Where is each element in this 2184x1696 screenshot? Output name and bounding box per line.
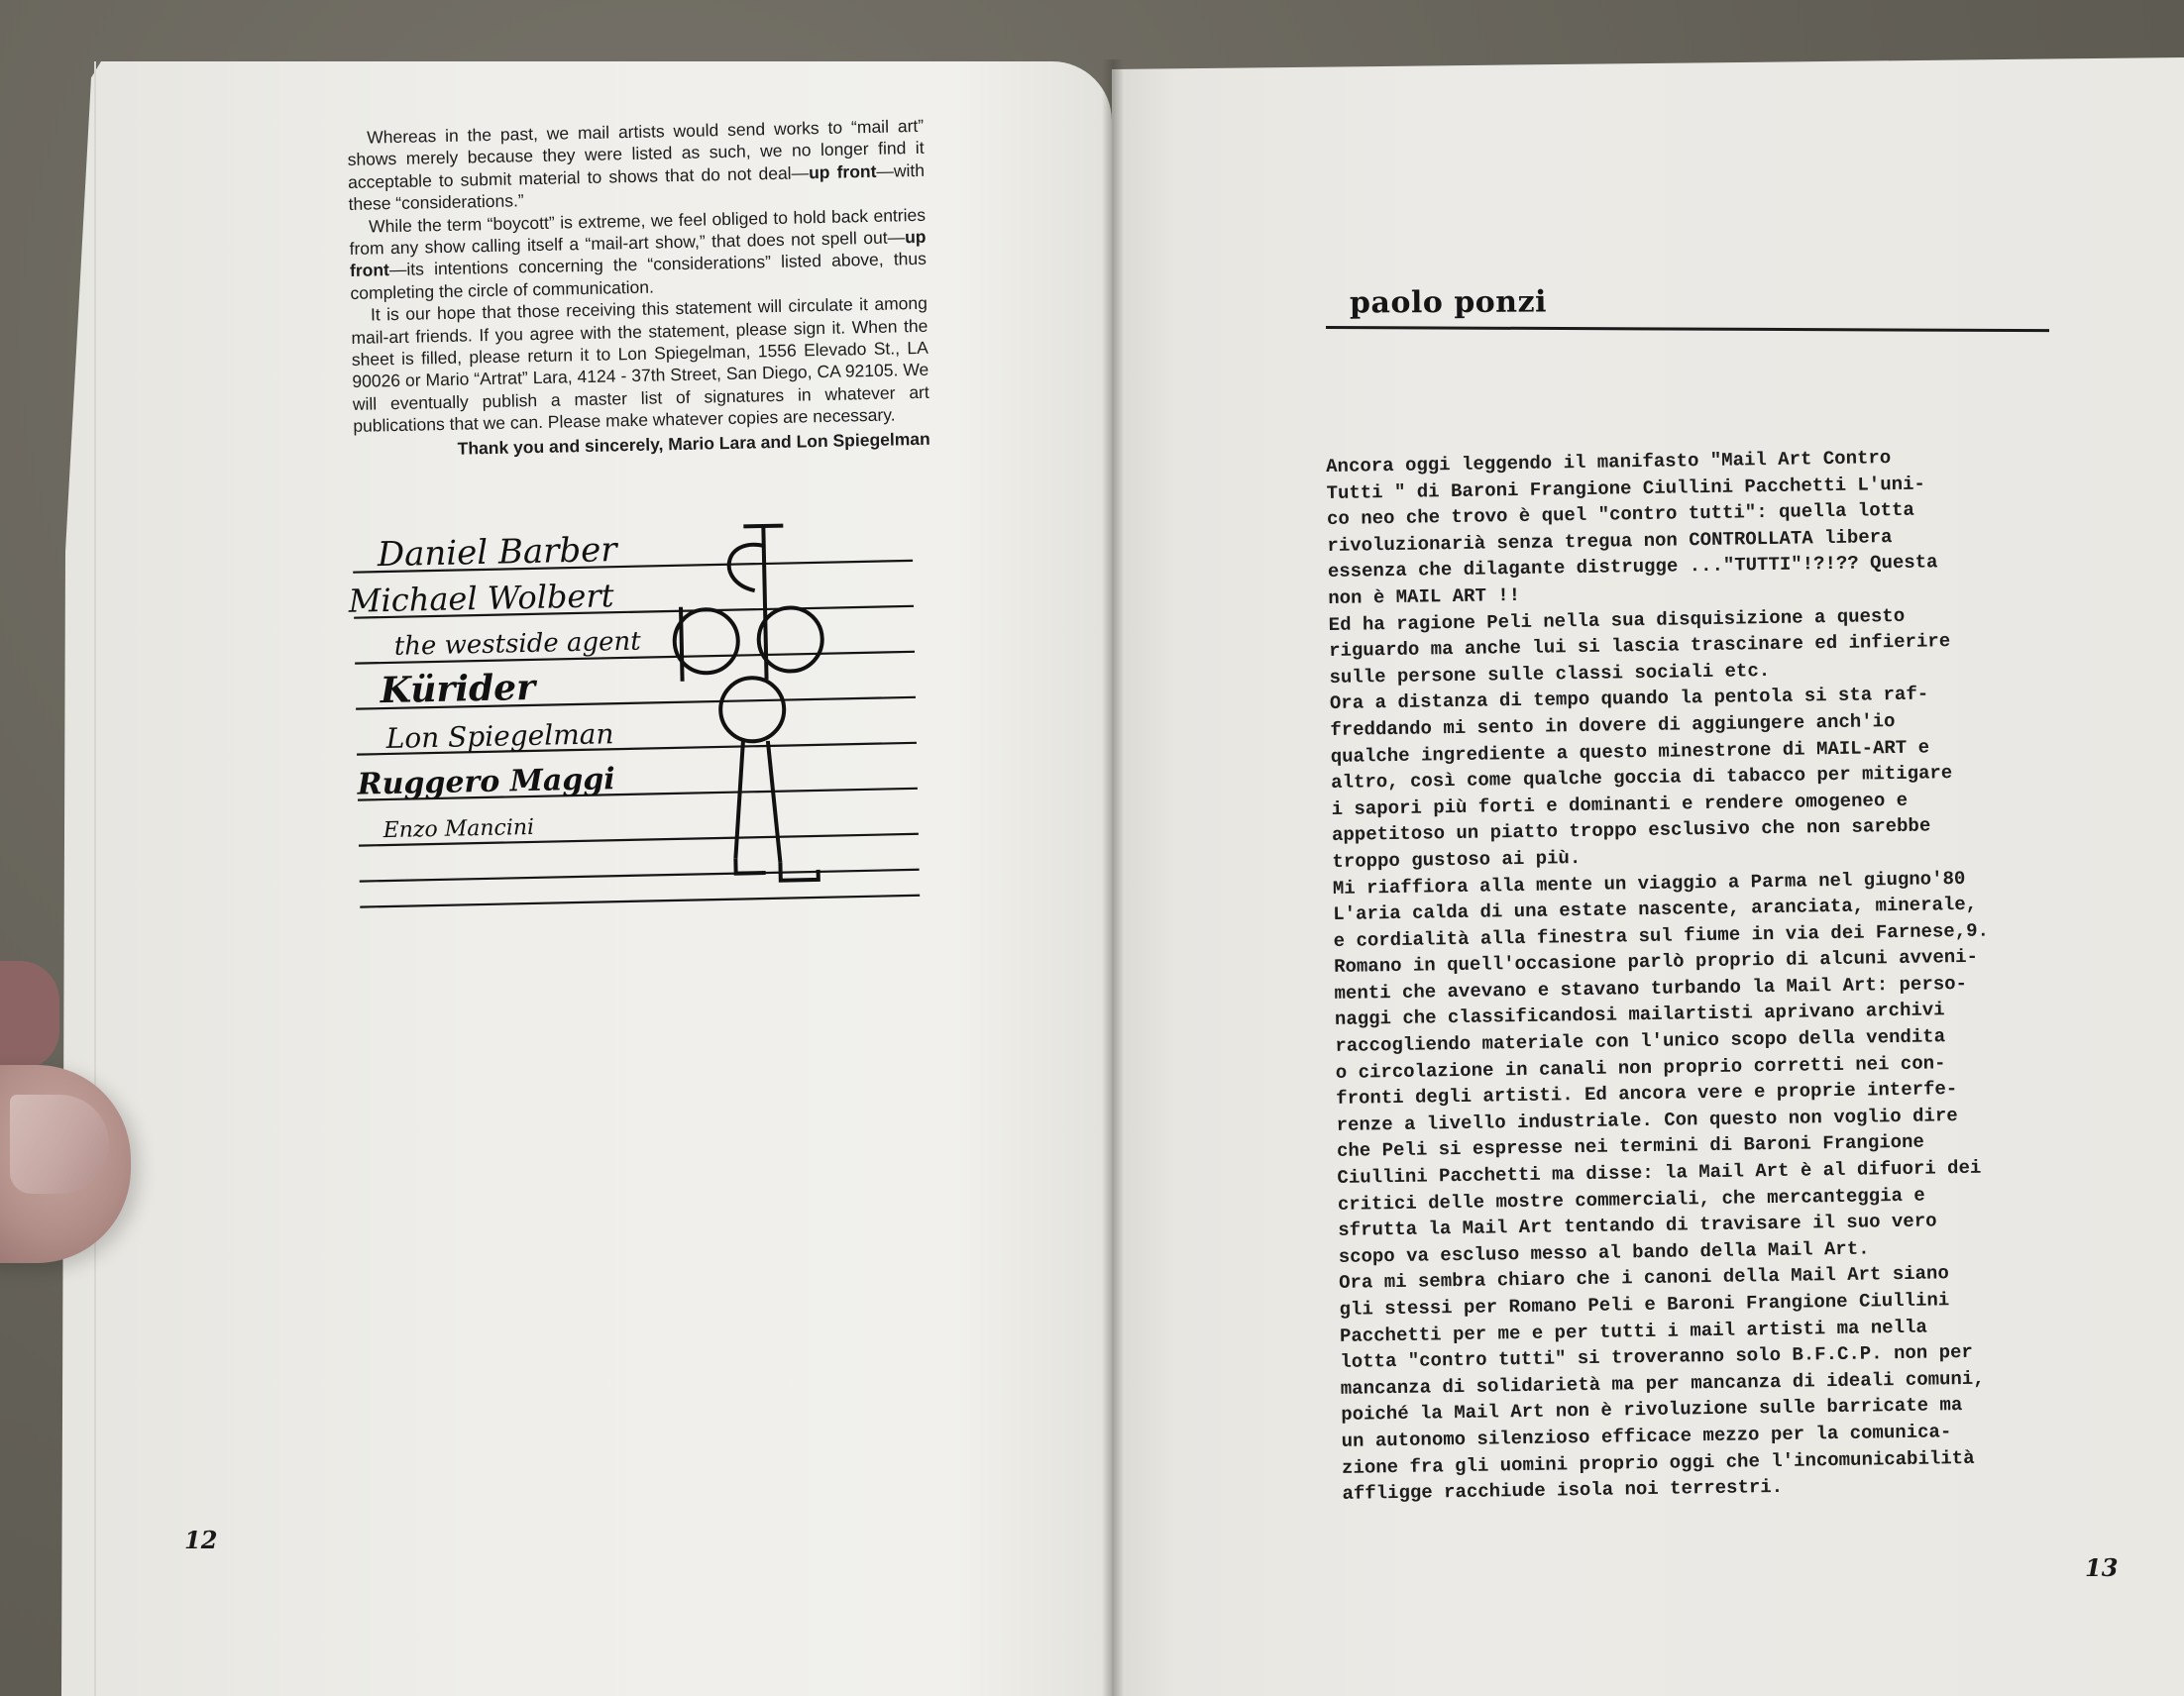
page-stack-edges <box>94 61 126 1696</box>
finger <box>0 961 59 1070</box>
signature: Daniel Barber <box>376 530 618 575</box>
signature: Lon Spiegelman <box>384 717 613 755</box>
page-number-left: 12 <box>184 1526 217 1554</box>
thumbnail <box>10 1095 109 1194</box>
book-gutter <box>1102 59 1124 1696</box>
signature-sheet: Daniel Barber Michael Wolbert the westsi… <box>337 503 929 911</box>
author-heading: paolo ponzi <box>1350 284 1547 320</box>
page-number-right: 13 <box>2085 1553 2118 1582</box>
statement-emphasis: up front <box>809 161 877 182</box>
signature: Enzo Mancini <box>382 815 534 843</box>
signature: Ruggero Maggi <box>356 762 615 801</box>
signature: the westside agent <box>393 627 641 662</box>
signature: Kürider <box>379 667 538 711</box>
signature: Michael Wolbert <box>347 577 614 620</box>
thumb-holding-book <box>0 921 134 1308</box>
signatures: Daniel Barber Michael Wolbert the westsi… <box>346 530 645 844</box>
statement-paragraph-2: While the term “boycott” is extreme, we … <box>349 203 928 304</box>
statement-paragraph-1: Whereas in the past, we mail artists wou… <box>347 115 926 216</box>
statement-text: It is our hope that those receiving this… <box>351 293 929 436</box>
statement-paragraph-3: It is our hope that those receiving this… <box>351 292 930 438</box>
typewritten-essay: Ancora oggi leggendo il manifasto "Mail … <box>1326 442 2096 1508</box>
mail-art-statement: Whereas in the past, we mail artists wou… <box>347 115 930 462</box>
mail-art-figure-icon <box>672 525 826 883</box>
